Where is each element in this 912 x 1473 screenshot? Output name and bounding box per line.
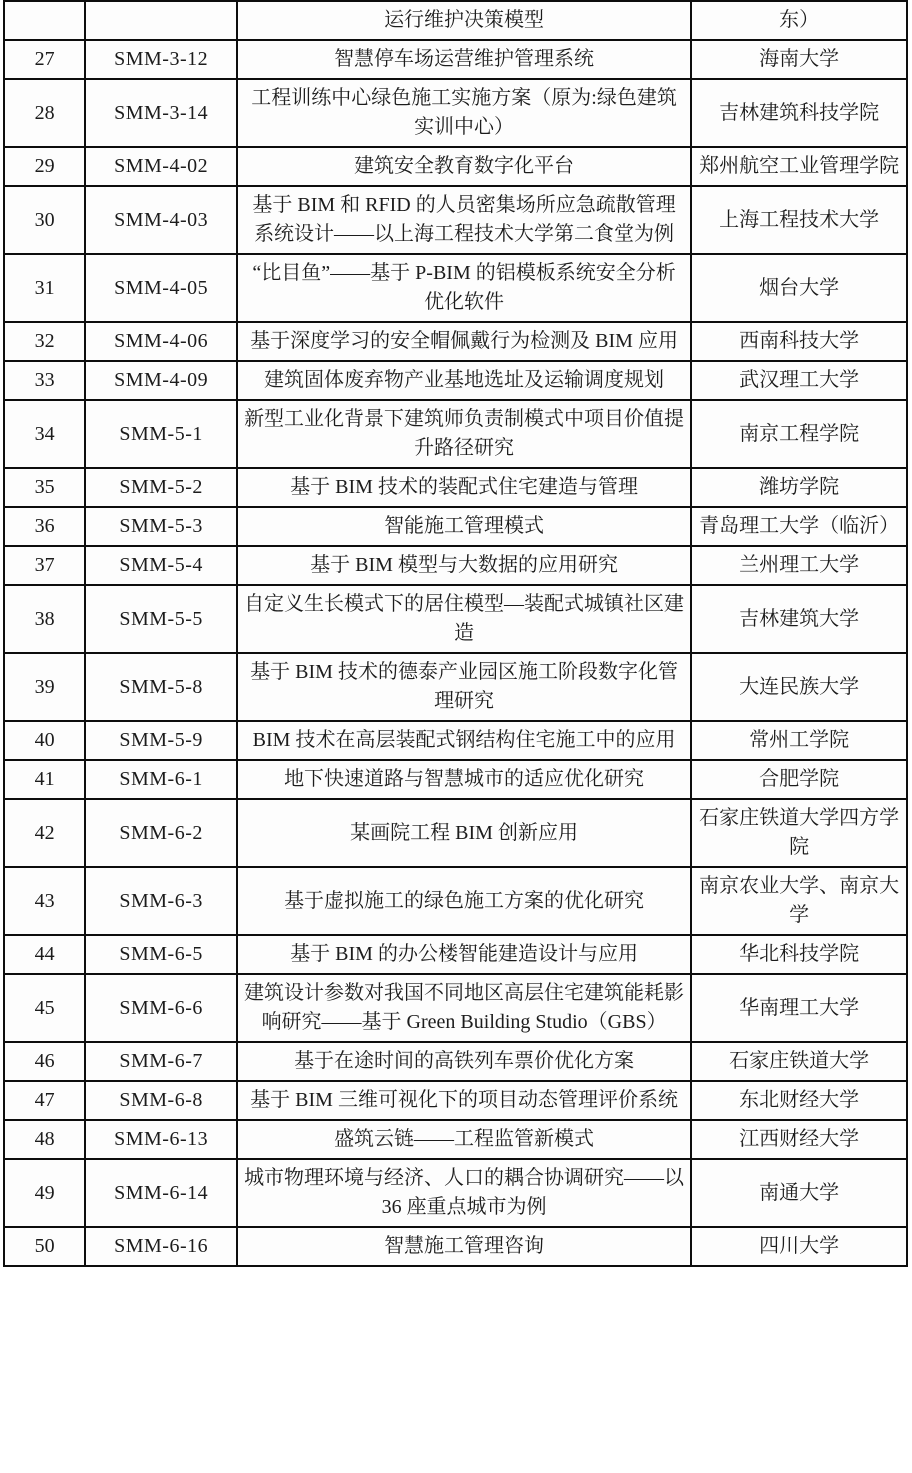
university-cell: 石家庄铁道大学四方学院 — [691, 799, 907, 867]
row-number-cell: 49 — [4, 1159, 85, 1227]
project-title-cell: 基于 BIM 和 RFID 的人员密集场所应急疏散管理系统设计——以上海工程技术… — [237, 186, 691, 254]
university-cell: 华北科技学院 — [691, 935, 907, 974]
row-number-cell: 34 — [4, 400, 85, 468]
project-title-cell: 新型工业化背景下建筑师负责制模式中项目价值提升路径研究 — [237, 400, 691, 468]
university-cell: 合肥学院 — [691, 760, 907, 799]
university-cell: 南京农业大学、南京大学 — [691, 867, 907, 935]
university-cell: 武汉理工大学 — [691, 361, 907, 400]
project-title-cell: 基于 BIM 技术的装配式住宅建造与管理 — [237, 468, 691, 507]
row-number-cell: 50 — [4, 1227, 85, 1266]
row-number-cell: 48 — [4, 1120, 85, 1159]
project-title-cell: 基于 BIM 技术的德泰产业园区施工阶段数字化管理研究 — [237, 653, 691, 721]
entry-code-cell: SMM-6-5 — [85, 935, 237, 974]
table-row: 28 SMM-3-14 工程训练中心绿色施工实施方案（原为:绿色建筑实训中心） … — [4, 79, 907, 147]
entry-code-cell: SMM-6-6 — [85, 974, 237, 1042]
university-cell: 东） — [691, 1, 907, 40]
entry-code-cell: SMM-3-12 — [85, 40, 237, 79]
entry-code-cell: SMM-4-02 — [85, 147, 237, 186]
project-title-cell: 基于 BIM 三维可视化下的项目动态管理评价系统 — [237, 1081, 691, 1120]
table-row: 27 SMM-3-12 智慧停车场运营维护管理系统 海南大学 — [4, 40, 907, 79]
row-number-cell: 35 — [4, 468, 85, 507]
university-cell: 石家庄铁道大学 — [691, 1042, 907, 1081]
entry-code-cell: SMM-4-09 — [85, 361, 237, 400]
entry-code-cell: SMM-5-5 — [85, 585, 237, 653]
project-title-cell: 智慧施工管理咨询 — [237, 1227, 691, 1266]
university-cell: 海南大学 — [691, 40, 907, 79]
entry-code-cell: SMM-5-4 — [85, 546, 237, 585]
project-title-cell: 运行维护决策模型 — [237, 1, 691, 40]
project-title-cell: 盛筑云链——工程监管新模式 — [237, 1120, 691, 1159]
project-title-cell: 基于深度学习的安全帽佩戴行为检测及 BIM 应用 — [237, 322, 691, 361]
table-row: 29 SMM-4-02 建筑安全教育数字化平台 郑州航空工业管理学院 — [4, 147, 907, 186]
table-row: 44 SMM-6-5 基于 BIM 的办公楼智能建造设计与应用 华北科技学院 — [4, 935, 907, 974]
table-row: 36 SMM-5-3 智能施工管理模式 青岛理工大学（临沂） — [4, 507, 907, 546]
table-row: 33 SMM-4-09 建筑固体废弃物产业基地选址及运输调度规划 武汉理工大学 — [4, 361, 907, 400]
project-title-cell: 基于虚拟施工的绿色施工方案的优化研究 — [237, 867, 691, 935]
project-title-cell: 基于 BIM 的办公楼智能建造设计与应用 — [237, 935, 691, 974]
row-number-cell: 30 — [4, 186, 85, 254]
university-cell: 青岛理工大学（临沂） — [691, 507, 907, 546]
entry-code-cell: SMM-5-8 — [85, 653, 237, 721]
awards-table: 运行维护决策模型 东） 27 SMM-3-12 智慧停车场运营维护管理系统 海南… — [3, 0, 908, 1267]
university-cell: 潍坊学院 — [691, 468, 907, 507]
table-row: 42 SMM-6-2 某画院工程 BIM 创新应用 石家庄铁道大学四方学院 — [4, 799, 907, 867]
entry-code-cell: SMM-6-16 — [85, 1227, 237, 1266]
table-row: 35 SMM-5-2 基于 BIM 技术的装配式住宅建造与管理 潍坊学院 — [4, 468, 907, 507]
university-cell: 西南科技大学 — [691, 322, 907, 361]
row-number-cell: 36 — [4, 507, 85, 546]
row-number-cell: 32 — [4, 322, 85, 361]
project-title-cell: 自定义生长模式下的居住模型—装配式城镇社区建造 — [237, 585, 691, 653]
entry-code-cell: SMM-6-7 — [85, 1042, 237, 1081]
university-cell: 南京工程学院 — [691, 400, 907, 468]
row-number-cell: 41 — [4, 760, 85, 799]
entry-code-cell: SMM-5-1 — [85, 400, 237, 468]
project-title-cell: BIM 技术在高层装配式钢结构住宅施工中的应用 — [237, 721, 691, 760]
row-number-cell: 33 — [4, 361, 85, 400]
entry-code-cell: SMM-6-3 — [85, 867, 237, 935]
table-row: 49 SMM-6-14 城市物理环境与经济、人口的耦合协调研究——以 36 座重… — [4, 1159, 907, 1227]
university-cell: 郑州航空工业管理学院 — [691, 147, 907, 186]
row-number-cell — [4, 1, 85, 40]
table-row: 41 SMM-6-1 地下快速道路与智慧城市的适应优化研究 合肥学院 — [4, 760, 907, 799]
entry-code-cell: SMM-5-3 — [85, 507, 237, 546]
project-title-cell: 城市物理环境与经济、人口的耦合协调研究——以 36 座重点城市为例 — [237, 1159, 691, 1227]
table-row: 46 SMM-6-7 基于在途时间的高铁列车票价优化方案 石家庄铁道大学 — [4, 1042, 907, 1081]
table-body: 运行维护决策模型 东） 27 SMM-3-12 智慧停车场运营维护管理系统 海南… — [4, 1, 907, 1266]
row-number-cell: 38 — [4, 585, 85, 653]
row-number-cell: 45 — [4, 974, 85, 1042]
university-cell: 吉林建筑科技学院 — [691, 79, 907, 147]
entry-code-cell: SMM-6-2 — [85, 799, 237, 867]
table-row: 34 SMM-5-1 新型工业化背景下建筑师负责制模式中项目价值提升路径研究 南… — [4, 400, 907, 468]
project-title-cell: 建筑设计参数对我国不同地区高层住宅建筑能耗影响研究——基于 Green Buil… — [237, 974, 691, 1042]
table-row: 40 SMM-5-9 BIM 技术在高层装配式钢结构住宅施工中的应用 常州工学院 — [4, 721, 907, 760]
university-cell: 兰州理工大学 — [691, 546, 907, 585]
entry-code-cell: SMM-3-14 — [85, 79, 237, 147]
row-number-cell: 29 — [4, 147, 85, 186]
university-cell: 常州工学院 — [691, 721, 907, 760]
row-number-cell: 28 — [4, 79, 85, 147]
table-row: 45 SMM-6-6 建筑设计参数对我国不同地区高层住宅建筑能耗影响研究——基于… — [4, 974, 907, 1042]
table-row: 30 SMM-4-03 基于 BIM 和 RFID 的人员密集场所应急疏散管理系… — [4, 186, 907, 254]
university-cell: 上海工程技术大学 — [691, 186, 907, 254]
entry-code-cell: SMM-6-14 — [85, 1159, 237, 1227]
table-row: 37 SMM-5-4 基于 BIM 模型与大数据的应用研究 兰州理工大学 — [4, 546, 907, 585]
university-cell: 华南理工大学 — [691, 974, 907, 1042]
project-title-cell: 建筑安全教育数字化平台 — [237, 147, 691, 186]
project-title-cell: 智慧停车场运营维护管理系统 — [237, 40, 691, 79]
university-cell: 东北财经大学 — [691, 1081, 907, 1120]
project-title-cell: 工程训练中心绿色施工实施方案（原为:绿色建筑实训中心） — [237, 79, 691, 147]
table-row: 38 SMM-5-5 自定义生长模式下的居住模型—装配式城镇社区建造 吉林建筑大… — [4, 585, 907, 653]
row-number-cell: 27 — [4, 40, 85, 79]
table-row: 48 SMM-6-13 盛筑云链——工程监管新模式 江西财经大学 — [4, 1120, 907, 1159]
project-title-cell: 基于 BIM 模型与大数据的应用研究 — [237, 546, 691, 585]
entry-code-cell: SMM-5-9 — [85, 721, 237, 760]
table-row: 31 SMM-4-05 “比目鱼”——基于 P-BIM 的铝模板系统安全分析优化… — [4, 254, 907, 322]
entry-code-cell: SMM-6-8 — [85, 1081, 237, 1120]
university-cell: 烟台大学 — [691, 254, 907, 322]
table-row: 43 SMM-6-3 基于虚拟施工的绿色施工方案的优化研究 南京农业大学、南京大… — [4, 867, 907, 935]
university-cell: 四川大学 — [691, 1227, 907, 1266]
entry-code-cell — [85, 1, 237, 40]
project-title-cell: 某画院工程 BIM 创新应用 — [237, 799, 691, 867]
row-number-cell: 44 — [4, 935, 85, 974]
entry-code-cell: SMM-4-05 — [85, 254, 237, 322]
project-title-cell: 建筑固体废弃物产业基地选址及运输调度规划 — [237, 361, 691, 400]
row-number-cell: 39 — [4, 653, 85, 721]
project-title-cell: 基于在途时间的高铁列车票价优化方案 — [237, 1042, 691, 1081]
entry-code-cell: SMM-5-2 — [85, 468, 237, 507]
university-cell: 大连民族大学 — [691, 653, 907, 721]
entry-code-cell: SMM-6-1 — [85, 760, 237, 799]
university-cell: 吉林建筑大学 — [691, 585, 907, 653]
project-title-cell: “比目鱼”——基于 P-BIM 的铝模板系统安全分析优化软件 — [237, 254, 691, 322]
table-row: 50 SMM-6-16 智慧施工管理咨询 四川大学 — [4, 1227, 907, 1266]
university-cell: 南通大学 — [691, 1159, 907, 1227]
row-number-cell: 47 — [4, 1081, 85, 1120]
row-number-cell: 46 — [4, 1042, 85, 1081]
table-row: 47 SMM-6-8 基于 BIM 三维可视化下的项目动态管理评价系统 东北财经… — [4, 1081, 907, 1120]
row-number-cell: 37 — [4, 546, 85, 585]
row-number-cell: 31 — [4, 254, 85, 322]
table-row: 39 SMM-5-8 基于 BIM 技术的德泰产业园区施工阶段数字化管理研究 大… — [4, 653, 907, 721]
table-row: 32 SMM-4-06 基于深度学习的安全帽佩戴行为检测及 BIM 应用 西南科… — [4, 322, 907, 361]
university-cell: 江西财经大学 — [691, 1120, 907, 1159]
project-title-cell: 智能施工管理模式 — [237, 507, 691, 546]
entry-code-cell: SMM-4-06 — [85, 322, 237, 361]
table-row: 运行维护决策模型 东） — [4, 1, 907, 40]
row-number-cell: 43 — [4, 867, 85, 935]
entry-code-cell: SMM-6-13 — [85, 1120, 237, 1159]
row-number-cell: 42 — [4, 799, 85, 867]
entry-code-cell: SMM-4-03 — [85, 186, 237, 254]
row-number-cell: 40 — [4, 721, 85, 760]
project-title-cell: 地下快速道路与智慧城市的适应优化研究 — [237, 760, 691, 799]
